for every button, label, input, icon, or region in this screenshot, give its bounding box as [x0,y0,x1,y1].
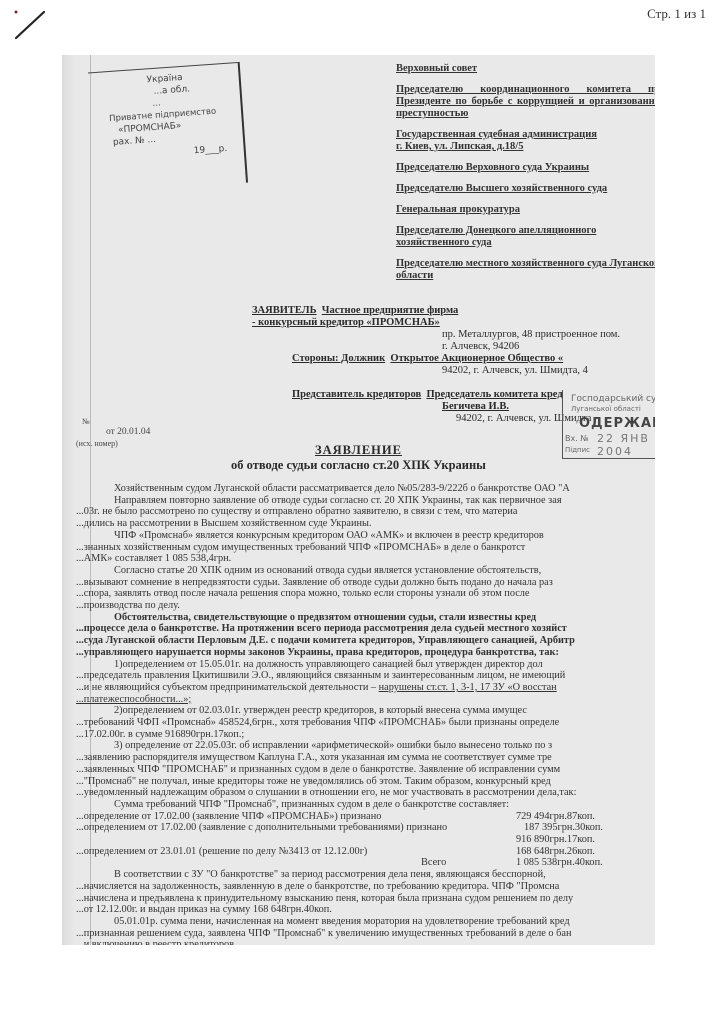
document-title: ЗАЯВЛЕНИЕ об отводе судьи согласно ст.20… [62,443,655,473]
document-body: Хозяйственным судом Луганской области ра… [76,483,655,945]
addressee: Председателю Донецкого апелляционного хо… [396,225,655,249]
stamp-line: ... [152,98,161,109]
paragraph-line: ...процессе дела о банкротстве. На протя… [76,623,655,635]
addressee: Председателю местного хозяйственного суд… [396,258,655,282]
applicant-address: пр. Металлургов, 48 пристроенное пом. [252,329,655,341]
sum-row: ...определение от 17.02.00 (заявление ЧП… [76,811,655,823]
scanned-document: Україна ...а обл. ... Приватне підприємс… [62,55,655,945]
paragraph-line: ...17.02.00г. в сумме 916890грн.17коп.; [76,729,655,741]
paragraph-line: ...и включению в реестр кредиторов. [76,939,655,945]
addressee: Председателю координационного комитета п… [396,84,655,120]
paragraph-line: ...заявлению распорядителя имуществом Ка… [76,752,655,764]
reg-stamp-in-no: Вх. № [565,434,589,443]
paragraph-line: Сумма требований ЧПФ "Промснаб", признан… [76,799,655,811]
addressee: Председателю Высшего хозяйственного суда [396,183,655,195]
reg-stamp-court: Господарський суд [571,394,655,404]
page-indicator: Стр. 1 из 1 [647,6,706,22]
sum-row: 916 890грн.17коп. [76,834,655,846]
title-sub: об отводе судьи согласно ст.20 ХПК Украи… [62,458,655,473]
addressee: Председателю Верховного суда Украины [396,162,655,174]
paragraph-line: ...03г. не было рассмотрено по существу … [76,506,655,518]
debtor-address: 94202, г. Алчевск, ул. Шмидта, 4 [252,365,655,377]
paragraph-line: В соответствии с ЗУ "О банкротстве" за п… [76,869,655,881]
paragraph-line: ...требований ЧФП «Промснаб» 458524,6грн… [76,717,655,729]
sum-label: ...определение от 17.02.00 (заявление ЧП… [76,811,381,822]
paragraph-line: ...управляющего нарушается нормы законов… [76,647,655,659]
rep-name: Бегичева И.В. [442,401,509,412]
debtor-name: Открытое Акционерное Общество « [390,353,563,364]
paragraph-line: ...и не являющийся субъектом предпринима… [76,682,655,694]
applicant-label: ЗАЯВИТЕЛЬ [252,305,317,316]
applicant-name: Частное предприятие фирма [322,305,459,316]
sum-amount: 1 085 538грн.40коп. [516,857,603,869]
paragraph-line: ...дились на рассмотрении в Высшем хозяй… [76,518,655,530]
addressee: Государственная судебная администрацияг.… [396,129,655,153]
sum-label: ...определением от 17.02.00 (заявление с… [76,822,447,833]
paragraph-line: ...председатель правления Цкитишвили Э.О… [76,670,655,682]
rep-title: Председатель комитета кред [426,389,562,400]
paragraph-line: ...АМК» составляет 1 085 538,4грн. [76,553,655,565]
paragraph-line: ...знанных хозяйственным судом имуществе… [76,542,655,554]
reg-stamp-received: ОДЕРЖАНО [579,416,655,431]
stamp-line: «ПРОМСНАБ» [118,121,182,135]
paragraph-line: ...от 12.12.00г. и выдан приказ на сумму… [76,904,655,916]
rep-label: Представитель кредиторов [292,389,421,400]
addressee: Генеральная прокуратура [396,204,655,216]
paragraph-line: ...производства по делу. [76,600,655,612]
pen-stroke-icon [10,8,50,42]
outgoing-date: от 20.01.04 [106,427,150,437]
sum-label: ...определением от 23.01.01 (решение по … [76,846,367,857]
sum-amount: 168 648грн.26коп. [516,846,595,858]
paragraph-line: ...вызывают сомнение в непредвзятости су… [76,577,655,589]
paragraph-line: ...признанная решением суда, заявлена ЧП… [76,928,655,940]
stamp-line: 19___р. [193,144,227,156]
paragraph-line: ...уведомленный надлежащим образом о слу… [76,787,655,799]
sum-row: ...определением от 23.01.01 (решение по … [76,846,655,858]
stamp-line: Україна [146,73,183,85]
addressee: Верховный совет [396,63,655,75]
reg-stamp-region: Луганської області [571,405,641,413]
paragraph-line: ...начислена и предъявлена к принудитель… [76,893,655,905]
sum-row: ...определением от 17.02.00 (заявление с… [76,822,655,834]
paragraph-line: Согласно статье 20 ХПК одним из основани… [76,565,655,577]
sum-amount: 729 494грн.87коп. [516,811,595,823]
sum-label: Всего [421,857,446,869]
paragraph-line: ...начисляется на задолженность, заявлен… [76,881,655,893]
paragraph-line: 3) определение от 22.05.03г. об исправле… [76,740,655,752]
sum-amount: 187 395грн.30коп. [524,822,603,834]
paragraph-line: ...суда Луганской области Перловым Д.Е. … [76,635,655,647]
paragraph-line: Хозяйственным судом Луганской области ра… [76,483,655,495]
applicant-name-2: - конкурсный кредитор «ПРОМСНАБ» [252,317,440,328]
paragraph-line: Обстоятельства, свидетельствующие о пред… [76,612,655,624]
paragraph-line: 2)определением от 02.03.01г. утвержден р… [76,705,655,717]
paragraph-line: ЧПФ «Промснаб» является конкурсным креди… [76,530,655,542]
debtor-label: Стороны: Должник [292,353,385,364]
paragraph-line: ..."Промснаб" не получал, иные кредиторы… [76,776,655,788]
paragraph-line: ...платежеспособности...»; [76,694,655,706]
addressee-list: Верховный совет Председателю координацио… [396,63,655,291]
company-stamp: Україна ...а обл. ... Приватне підприємс… [88,62,248,193]
text-span: нарушены ст.ст. 1, 3-1, 17 ЗУ «О восстан [379,682,557,693]
paragraph-line: 05.01.01р. сумма пени, начисленная на мо… [76,916,655,928]
paragraph-line: ...спора, заявлять отвод после начала ре… [76,588,655,600]
title-main: ЗАЯВЛЕНИЕ [62,443,655,458]
sum-amount: 916 890грн.17коп. [516,834,595,846]
paragraph-line: 1)определением от 15.05.01г. на должност… [76,659,655,671]
sums-table: ...определение от 17.02.00 (заявление ЧП… [76,811,655,869]
paragraph-line: ...заявленных ЧПФ "ПРОМСНАБ" и признанны… [76,764,655,776]
sum-row: Всего1 085 538грн.40коп. [76,857,655,869]
outgoing-num-label: № [82,417,90,426]
stamp-line: рах. № ... [113,135,157,148]
stamp-line: ...а обл. [153,84,190,97]
applicant-city: г. Алчевск, 94206 [252,341,655,353]
paragraph-line: Направляем повторно заявление об отводе … [76,495,655,507]
text-span: ...и не являющийся субъектом предпринима… [76,682,379,693]
